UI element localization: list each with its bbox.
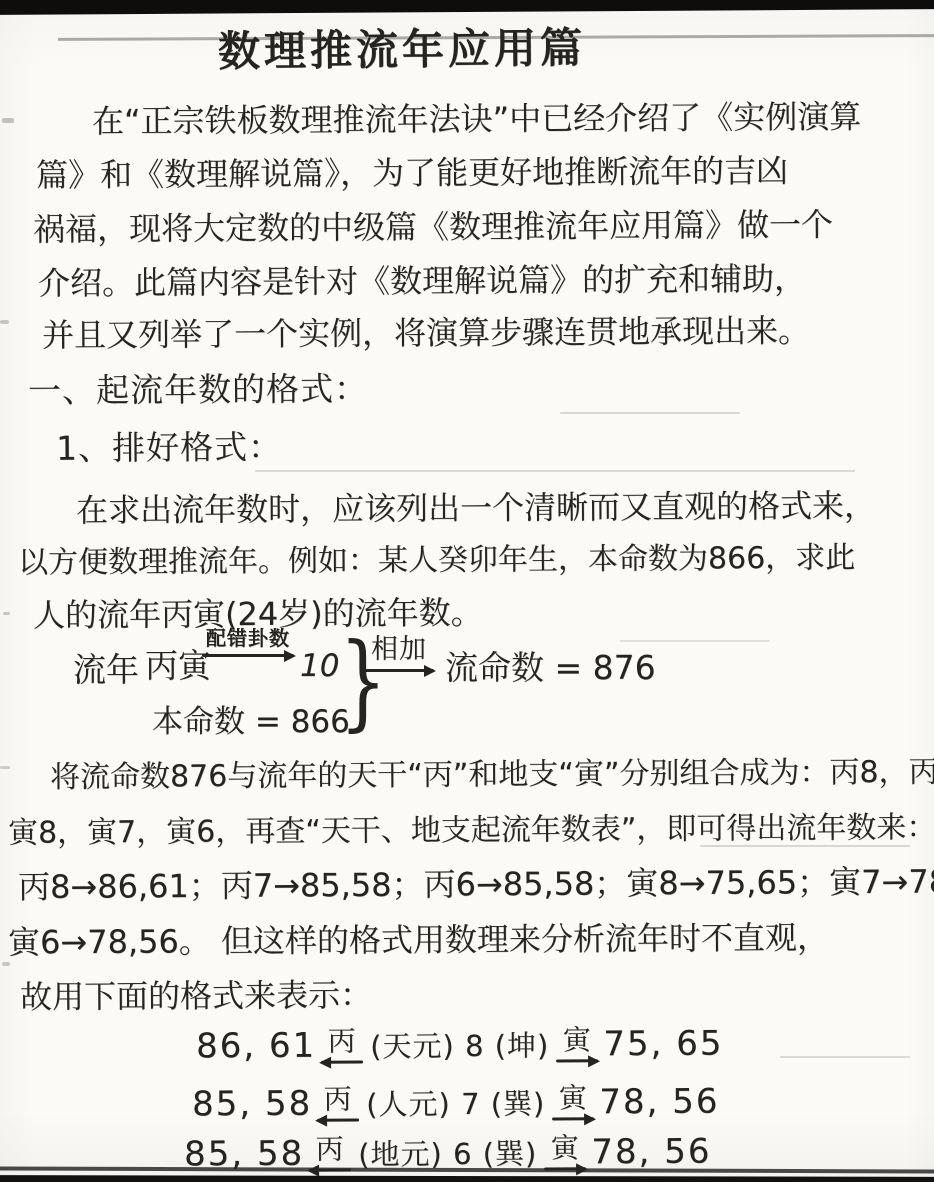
intro-line-3: 祸福，现将大定数的中级篇《数理推流年应用篇》做一个 (33, 205, 833, 250)
body-line-8: 故用下面的格式来表示： (20, 975, 372, 1017)
xiangjia-right-arrow-icon: 相加 (364, 636, 434, 672)
scanned-document-page: 数理推流年应用篇 在“正宗铁板数理推流年法诀”中已经介绍了《实例演算 篇》和《数… (0, 0, 934, 1182)
row-right-value: 78, 56 (591, 1131, 711, 1172)
stem-label: 丙 (316, 1134, 345, 1164)
scan-artifact-bottom-bar (0, 1175, 934, 1182)
liuming-result: 流命数 = 876 (445, 642, 656, 689)
left-arrow-icon: 丙 (309, 1134, 351, 1172)
benming-value: 本命数 = 866 (152, 696, 350, 741)
liunian-label: 流年 (73, 644, 139, 691)
right-arrow-icon: 寅 (544, 1133, 586, 1171)
intro-line-5: 并且又列举了一个实例，将演算步骤连贯地承现出来。 (42, 311, 810, 356)
arrow-shaft (202, 654, 294, 657)
branch-label: 寅 (559, 1083, 588, 1113)
row-left-value: 85, 58 (192, 1083, 312, 1124)
intro-line-2: 篇》和《数理解说篇》，为了能更好地推断流年的吉凶 (36, 151, 788, 196)
arrow-shaft (321, 1061, 363, 1064)
row-middle: (人元) 7 (巽) (364, 1082, 547, 1124)
result-row: 86, 61 丙 (天元) 8 (坤) 寅 75, 65 (196, 1023, 724, 1067)
arrow1-result: 10 (300, 648, 339, 684)
right-arrow-icon: 寅 (556, 1025, 598, 1063)
left-arrow-icon: 丙 (321, 1026, 363, 1064)
row-left-value: 86, 61 (196, 1025, 316, 1066)
body-line-5: 寅8，寅7，寅6，再查“天干、地支起流年数表”，即可得出流年数来： (8, 809, 934, 852)
branch-label: 寅 (563, 1025, 592, 1055)
subsection-heading: 1、排好格式： (56, 426, 282, 469)
row-middle: (天元) 8 (坤) (368, 1024, 551, 1066)
scan-artifact-speck (3, 612, 10, 615)
intro-line-1: 在“正宗铁板数理推流年法诀”中已经介绍了《实例演算 (92, 97, 861, 142)
body-line-1: 在求出流年数时，应该列出一个清晰而又直观的格式来， (76, 486, 876, 531)
row-middle: (地元) 6 (巽) (356, 1132, 539, 1174)
scan-artifact-speck (2, 118, 14, 123)
body-line-2: 以方便数理推流年。例如：某人癸卯年生，本命数为866，求此 (18, 539, 855, 582)
branch-label: 寅 (551, 1133, 580, 1163)
body-line-6: 丙8→86,61；丙7→85,58；丙6→85,58；寅8→75,65；寅7→7… (18, 861, 934, 907)
arrow2-label: 相加 (371, 636, 427, 664)
result-row: 85, 58 丙 (人元) 7 (巽) 寅 78, 56 (192, 1081, 720, 1125)
page-title: 数理推流年应用篇 (218, 22, 587, 78)
body-line-4: 将流命数876与流年的天干“丙”和地支“寅”分别组合成为：丙8，丙7，丙6， (50, 753, 934, 797)
scan-artifact-speck (0, 766, 10, 769)
intro-line-4: 介绍。此篇内容是针对《数理解说篇》的扩充和辅助， (38, 259, 806, 304)
arrow-shaft (552, 1117, 594, 1120)
arrow1-label: 配错卦数 (206, 628, 290, 649)
scan-artifact-smudge (560, 412, 740, 414)
scan-artifact-top-bar (0, 0, 934, 15)
scan-artifact-smudge (255, 470, 855, 472)
arrow-shaft (544, 1167, 586, 1170)
row-right-value: 78, 56 (599, 1081, 719, 1122)
arrow-shaft (364, 669, 434, 672)
arrow-shaft (309, 1169, 351, 1172)
formula-diagram: 流年 丙寅 配错卦数 10 } 相加 流命数 = 876 本命数 = 866 (0, 636, 934, 751)
left-arrow-icon: 丙 (317, 1084, 359, 1122)
arrow-shaft (556, 1059, 598, 1062)
scan-artifact-speck (0, 320, 9, 324)
scan-artifact-smudge (780, 1056, 910, 1058)
row-right-value: 75, 65 (603, 1023, 723, 1064)
arrow-shaft (317, 1119, 359, 1122)
section-heading: 一、起流年数的格式： (28, 368, 368, 411)
right-arrow-icon: 寅 (552, 1083, 594, 1121)
peicuo-right-arrow-icon: 配错卦数 (202, 628, 294, 657)
stem-label: 丙 (324, 1084, 353, 1114)
row-left-value: 85, 58 (184, 1133, 304, 1174)
result-row: 85, 58 丙 (地元) 6 (巽) 寅 78, 56 (184, 1131, 712, 1175)
body-line-7: 寅6→78,56。 但这样的格式用数理来分析流年时不直观， (8, 917, 829, 962)
scan-artifact-speck (2, 962, 10, 966)
stem-label: 丙 (328, 1026, 357, 1056)
